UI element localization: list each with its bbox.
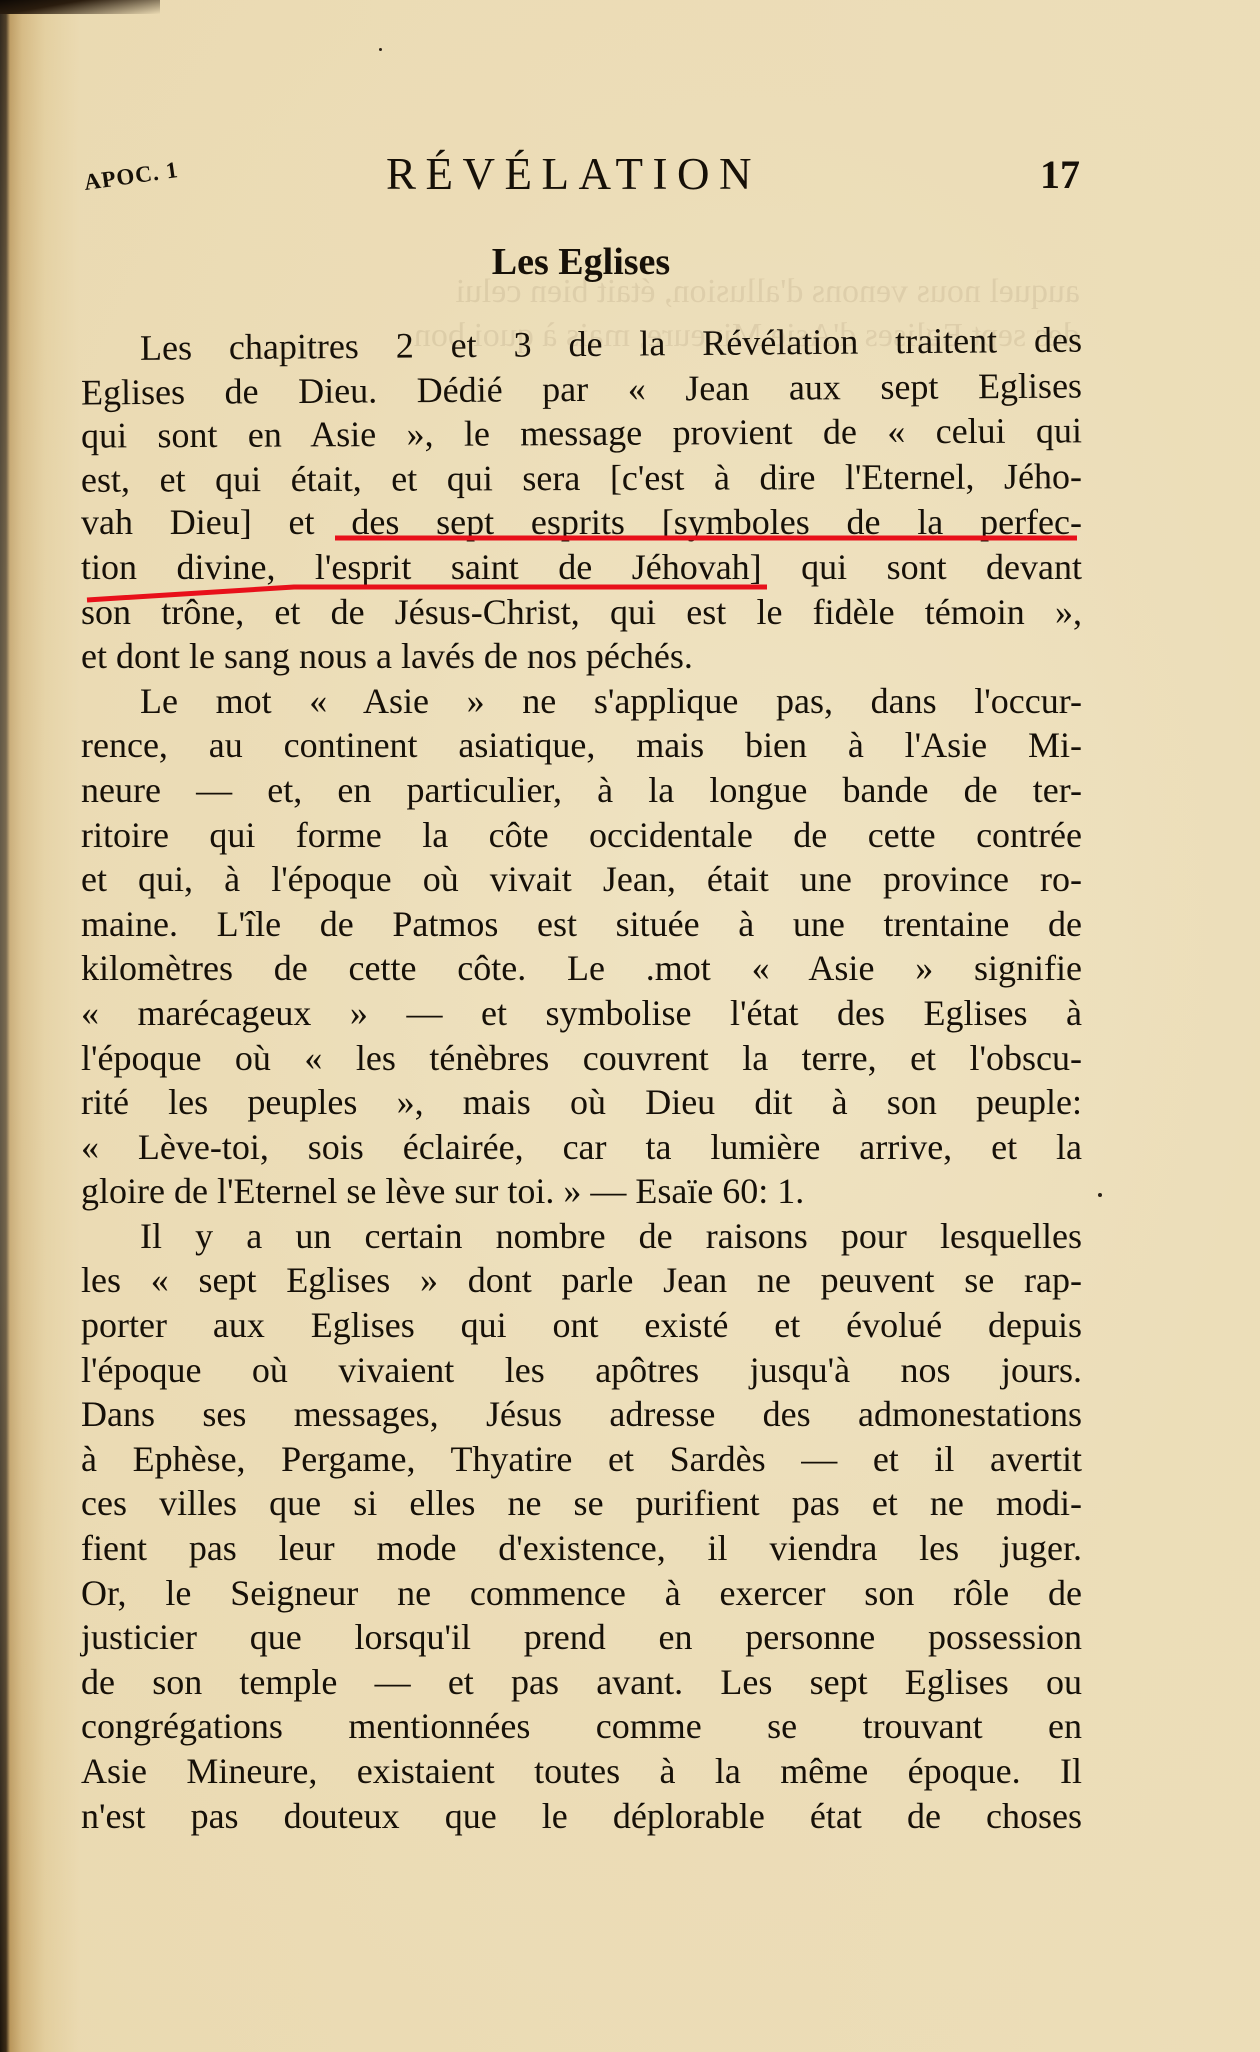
text-line: ces villes que si elles ne se purifient … xyxy=(81,1481,1082,1526)
text-line: Le mot « Asie » ne s'applique pas, dans … xyxy=(81,679,1082,724)
text-line: congrégations mentionnées comme se trouv… xyxy=(81,1704,1082,1749)
page-corner-shadow xyxy=(0,0,160,14)
text-line: et dont le sang nous a lavés de nos péch… xyxy=(81,634,1082,679)
text-line: porter aux Eglises qui ont existé et évo… xyxy=(81,1303,1082,1348)
paragraph-2: Le mot « Asie » ne s'applique pas, dans … xyxy=(81,679,1082,1214)
text-line: Il y a un certain nombre de raisons pour… xyxy=(81,1214,1082,1259)
text-line: les « sept Eglises » dont parle Jean ne … xyxy=(81,1258,1082,1303)
text-line: tion divine, l'esprit saint de Jéhovah] … xyxy=(81,545,1082,590)
text-line: Les chapitres 2 et 3 de la Révélation tr… xyxy=(81,318,1082,371)
text-line: est, et qui était, et qui sera [c'est à … xyxy=(81,454,1082,502)
text-line: n'est pas douteux que le déplorable état… xyxy=(81,1794,1082,1839)
text-line: gloire de l'Eternel se lève sur toi. » —… xyxy=(81,1169,1082,1214)
text-line: rence, au continent asiatique, mais bien… xyxy=(81,723,1082,768)
text-line: fient pas leur mode d'existence, il vien… xyxy=(81,1526,1082,1571)
paragraph-1: Les chapitres 2 et 3 de la Révélation tr… xyxy=(81,322,1082,679)
running-head-chapter: APOC. 1 xyxy=(82,157,180,196)
text-line: à Ephèse, Pergame, Thyatire et Sardès — … xyxy=(81,1437,1082,1482)
text-line: l'époque où « les ténèbres couvrent la t… xyxy=(81,1036,1082,1081)
text-line: de son temple — et pas avant. Les sept E… xyxy=(81,1660,1082,1705)
text-line: kilomètres de cette côte. Le .mot « Asie… xyxy=(81,946,1082,991)
text-line: justicier que lorsqu'il prend en personn… xyxy=(81,1615,1082,1660)
stray-ink-dot xyxy=(1098,1193,1102,1197)
text-line: qui sont en Asie », le message provient … xyxy=(81,409,1082,459)
text-line: l'époque où vivaient les apôtres jusqu'à… xyxy=(81,1348,1082,1393)
text-line: « marécageux » — et symbolise l'état des… xyxy=(81,991,1082,1036)
text-line: ritoire qui forme la côte occidentale de… xyxy=(81,813,1082,858)
body-text: Les chapitres 2 et 3 de la Révélation tr… xyxy=(81,322,1082,1838)
text-line: neure — et, en particulier, à la longue … xyxy=(81,768,1082,813)
text-line: vah Dieu] et des sept esprits [symboles … xyxy=(81,500,1082,545)
book-page: auquel nous venons d'allusion, était bie… xyxy=(0,0,1260,2052)
section-heading: Les Eglises xyxy=(0,240,1162,284)
paragraph-3: Il y a un certain nombre de raisons pour… xyxy=(81,1214,1082,1838)
text-line: et qui, à l'époque où vivait Jean, était… xyxy=(81,857,1082,902)
text-line: Asie Mineure, existaient toutes à la mêm… xyxy=(81,1749,1082,1794)
text-line: « Lève-toi, sois éclairée, car ta lumièr… xyxy=(81,1125,1082,1170)
page-number: 17 xyxy=(1040,151,1080,198)
text-line: Eglises de Dieu. Dédié par « Jean aux se… xyxy=(81,363,1082,415)
stray-ink-dot xyxy=(379,48,382,51)
text-line: son trône, et de Jésus-Christ, qui est l… xyxy=(81,590,1082,635)
running-head-title: RÉVÉLATION xyxy=(386,148,776,200)
text-line: rité les peuples », mais où Dieu dit à s… xyxy=(81,1080,1082,1125)
text-line: Or, le Seigneur ne commence à exercer so… xyxy=(81,1571,1082,1616)
text-line: maine. L'île de Patmos est située à une … xyxy=(81,902,1082,947)
text-line: Dans ses messages, Jésus adresse des adm… xyxy=(81,1392,1082,1437)
